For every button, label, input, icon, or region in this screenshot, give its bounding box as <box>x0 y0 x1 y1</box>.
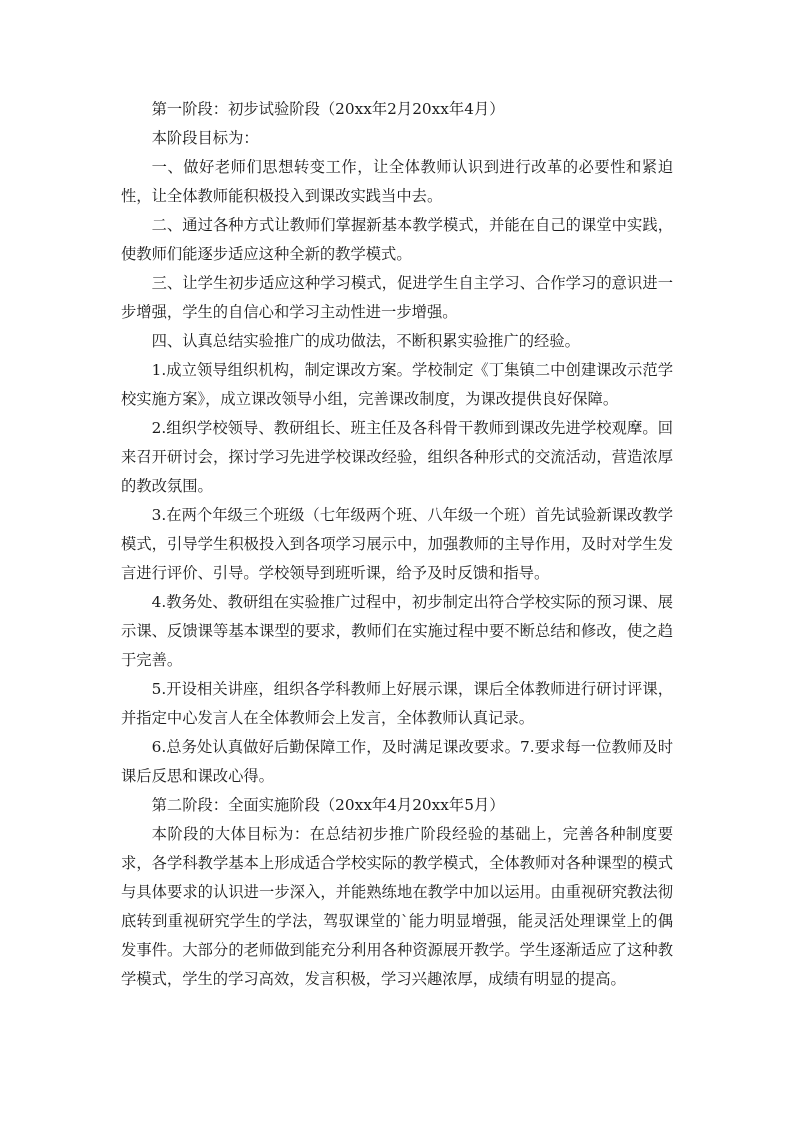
measure-item-3: 3.在两个年级三个班级（七年级两个班、八年级一个班）首先试验新课改教学模式，引导… <box>121 501 673 588</box>
measure-item-5: 5.开设相关讲座，组织各学科教师上好展示课，课后全体教师进行研讨评课，并指定中心… <box>121 675 673 733</box>
measure-item-2: 2.组织学校领导、教研组长、班主任及各科骨干教师到课改先进学校观摩。回来召开研讨… <box>121 414 673 501</box>
measure-item-4: 4.教务处、教研组在实验推广过程中，初步制定出符合学校实际的预习课、展示课、反馈… <box>121 588 673 675</box>
measure-item-6-7: 6.总务处认真做好后勤保障工作，及时满足课改要求。7.要求每一位教师及时课后反思… <box>121 733 673 791</box>
document-page: 第一阶段：初步试验阶段（20xx年2月20xx年4月） 本阶段目标为： 一、做好… <box>121 95 673 994</box>
goal-paragraph-2: 二、通过各种方式让教师们掌握新基本教学模式，并能在自己的课堂中实践，使教师们能逐… <box>121 211 673 269</box>
stage-two-goal-paragraph: 本阶段的大体目标为：在总结初步推广阶段经验的基础上，完善各种制度要求，各学科教学… <box>121 820 673 994</box>
stage-one-heading: 第一阶段：初步试验阶段（20xx年2月20xx年4月） <box>121 95 673 124</box>
goal-paragraph-3: 三、让学生初步适应这种学习模式，促进学生自主学习、合作学习的意识进一步增强，学生… <box>121 269 673 327</box>
goal-paragraph-1: 一、做好老师们思想转变工作，让全体教师认识到进行改革的必要性和紧迫性，让全体教师… <box>121 153 673 211</box>
goal-paragraph-4: 四、认真总结实验推广的成功做法，不断积累实验推广的经验。 <box>121 327 673 356</box>
stage-two-heading: 第二阶段：全面实施阶段（20xx年4月20xx年5月） <box>121 791 673 820</box>
measure-item-1: 1.成立领导组织机构，制定课改方案。学校制定《丁集镇二中创建课改示范学校实施方案… <box>121 356 673 414</box>
stage-one-goal-label: 本阶段目标为： <box>121 124 673 153</box>
